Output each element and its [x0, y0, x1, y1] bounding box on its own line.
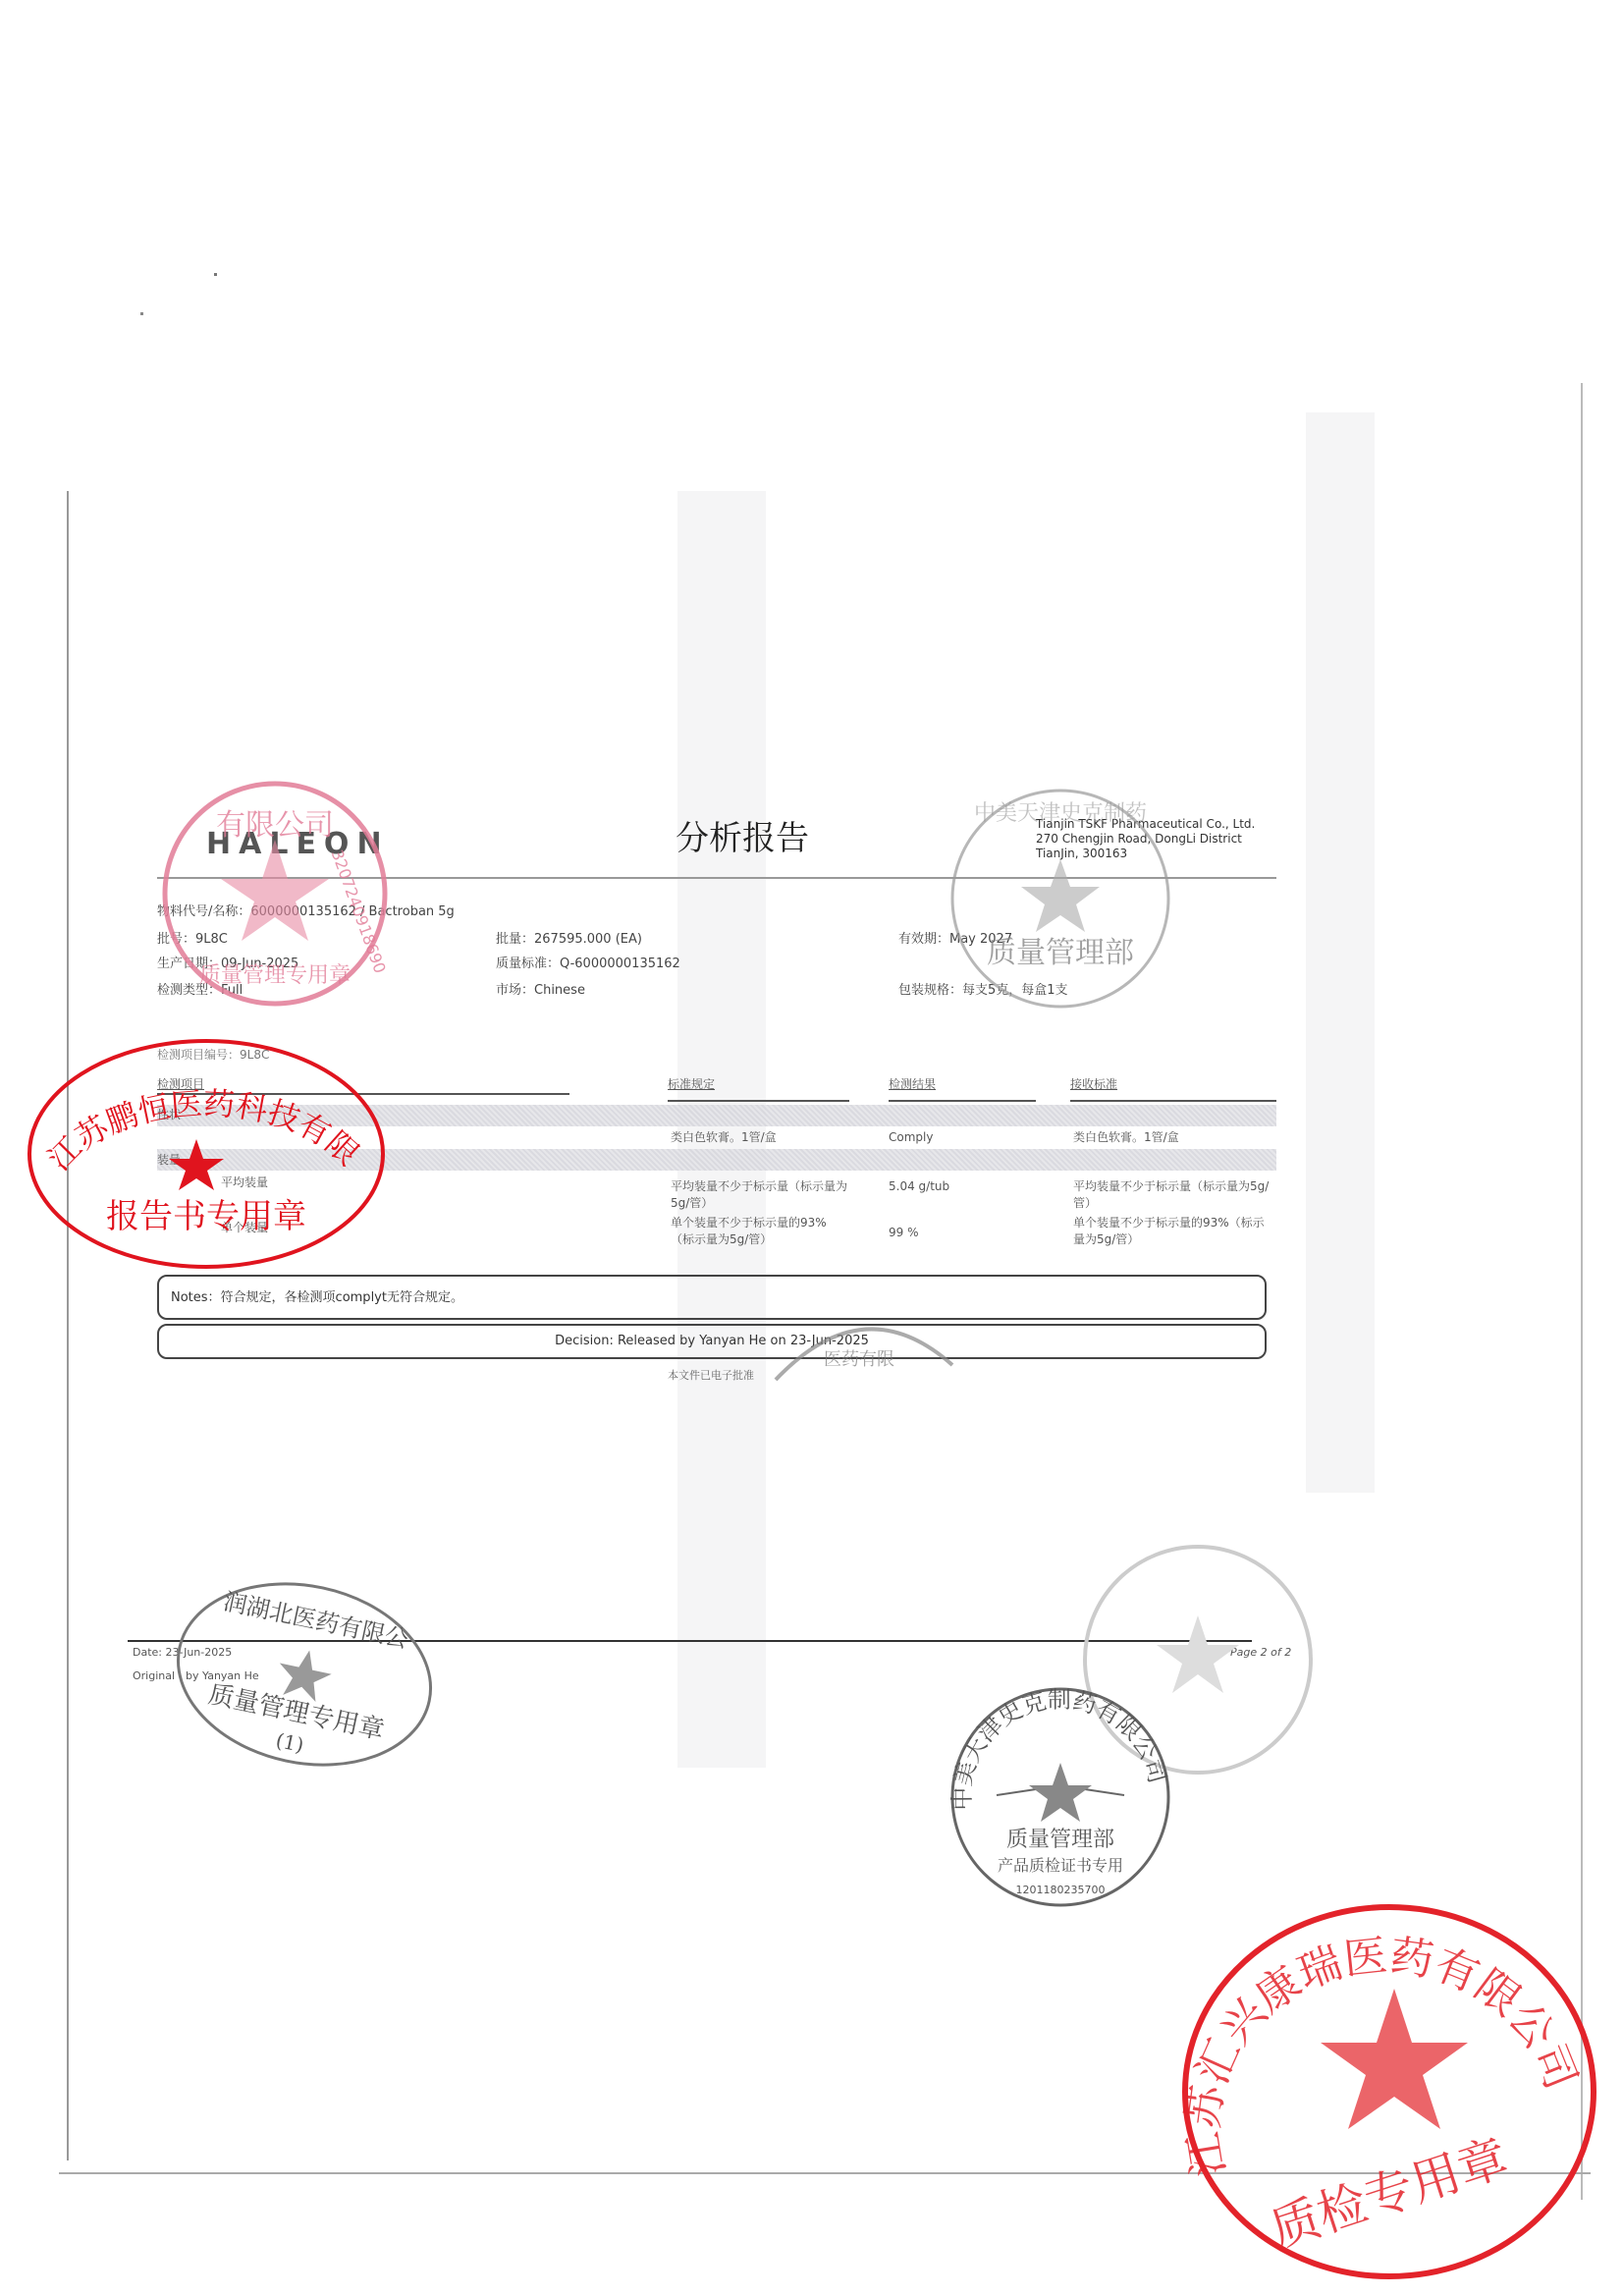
svg-text:质检专用章: 质检专用章 — [1264, 2129, 1515, 2259]
table-cell: 99 % — [889, 1225, 919, 1241]
gray-stamp-top-right: 质量管理部 中美天津史克制药 — [933, 781, 1188, 1016]
svg-text:质量管理部: 质量管理部 — [987, 936, 1134, 970]
red-oval-stamp: 江苏鹏恒医药科技有限公司 报告书专用章 — [20, 1031, 393, 1277]
svg-text:医药有限: 医药有限 — [824, 1349, 894, 1370]
svg-text:质量管理部: 质量管理部 — [1006, 1828, 1114, 1852]
svg-text:润湖北医药有限公: 润湖北医药有限公 — [221, 1588, 411, 1654]
table-cell: 平均装量不少于标示量（标示量为5g/管） — [1073, 1178, 1279, 1212]
table-rule-2 — [668, 1100, 849, 1102]
table-cell: 平均装量不少于标示量（标示量为5g/管） — [671, 1178, 847, 1212]
pink-stamp-text: 有限公司 — [216, 808, 334, 843]
table-rule-3 — [889, 1100, 1036, 1102]
scan-shade-right — [1306, 412, 1375, 1493]
svg-text:质量管理专用章: 质量管理专用章 — [199, 963, 351, 988]
scan-mark — [140, 312, 143, 315]
table-cell: Comply — [889, 1129, 933, 1146]
svg-text:产品质检证书专用: 产品质检证书专用 — [998, 1856, 1123, 1875]
red-round-stamp-bottom: 江苏汇兴康瑞医药有限公司 质检专用章 — [1173, 1895, 1605, 2288]
report-title: 分析报告 — [676, 811, 809, 859]
decision-subtext: 本文件已电子批准 — [668, 1367, 754, 1383]
table-cell: 类白色软膏。1管/盒 — [671, 1129, 777, 1146]
svg-text:报告书专用章: 报告书专用章 — [106, 1197, 306, 1236]
scan-mark — [214, 273, 217, 276]
gray-stamp-decision: 医药有限 — [766, 1306, 962, 1385]
table-rule-4 — [1070, 1100, 1276, 1102]
table-cell: 5.04 g/tub — [889, 1178, 949, 1195]
table-cell: 单个装量不少于标示量的93%（标示量为5g/管） — [671, 1215, 847, 1248]
table-cell: 单个装量不少于标示量的93%（标示量为5g/管） — [1073, 1215, 1270, 1248]
notes-box: Notes：符合规定，各检测项complyt无符合规定。 — [157, 1275, 1267, 1320]
notes-text: Notes：符合规定，各检测项complyt无符合规定。 — [171, 1286, 463, 1305]
field-batch-qty: 批量：267595.000 (EA) — [496, 928, 642, 947]
table-cell: 类白色软膏。1管/盒 — [1073, 1129, 1179, 1146]
table-header-result: 检测结果 — [889, 1075, 936, 1092]
pink-round-stamp: 有限公司 质量管理专用章 3207240918690 — [157, 776, 393, 1011]
scan-border-left — [67, 491, 69, 2160]
gray-round-stamp-bottom: 中美天津史克制药有限公司 质量管理部 产品质检证书专用 120118023570… — [943, 1679, 1178, 1915]
svg-text:1201180235700: 1201180235700 — [1016, 1884, 1106, 1896]
decision-box: Decision: Released by Yanyan He on 23-Ju… — [157, 1324, 1267, 1359]
field-quality-standard: 质量标准：Q-6000000135162 — [496, 953, 680, 971]
svg-text:中美天津史克制药: 中美天津史克制药 — [974, 801, 1147, 826]
field-market: 市场：Chinese — [496, 979, 585, 998]
gray-oval-stamp-footer: 润湖北医药有限公 质量管理专用章 (1) — [167, 1576, 442, 1773]
decision-text: Decision: Released by Yanyan He on 23-Ju… — [159, 1334, 1265, 1348]
table-header-standard: 标准规定 — [668, 1075, 715, 1092]
table-header-acceptance: 接收标准 — [1070, 1075, 1117, 1092]
svg-text:(1): (1) — [274, 1728, 306, 1757]
